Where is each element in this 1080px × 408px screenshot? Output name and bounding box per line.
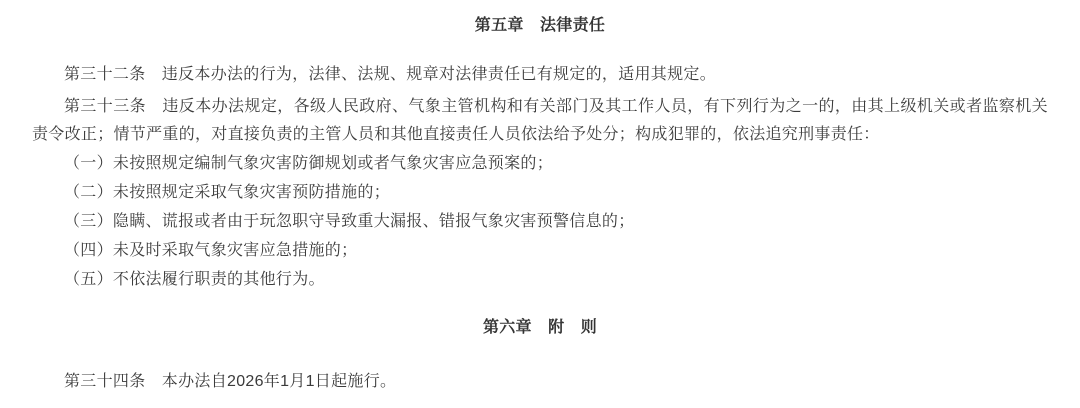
- article-33-item-3: （三）隐瞒、谎报或者由于玩忽职守导致重大漏报、错报气象灾害预警信息的；: [32, 208, 1048, 236]
- chapter5-heading: 第五章 法律责任: [32, 12, 1048, 40]
- article-33-item-4: （四）未及时采取气象灾害应急措施的；: [32, 237, 1048, 265]
- article-32-paragraph: 第三十二条 违反本办法的行为，法律、法规、规章对法律责任已有规定的，适用其规定。: [32, 61, 1048, 89]
- article-33-item-5: （五）不依法履行职责的其他行为。: [32, 266, 1048, 294]
- article-34-paragraph: 第三十四条 本办法自2026年1月1日起施行。: [32, 368, 1048, 396]
- chapter6-heading: 第六章 附 则: [32, 314, 1048, 342]
- article-33-intro-paragraph: 第三十三条 违反本办法规定，各级人民政府、气象主管机构和有关部门及其工作人员，有…: [32, 93, 1048, 149]
- document-page: 第五章 法律责任 第三十二条 违反本办法的行为，法律、法规、规章对法律责任已有规…: [0, 0, 1080, 408]
- article-33-item-2: （二）未按照规定采取气象灾害预防措施的；: [32, 179, 1048, 207]
- article-33-item-1: （一）未按照规定编制气象灾害防御规划或者气象灾害应急预案的；: [32, 150, 1048, 178]
